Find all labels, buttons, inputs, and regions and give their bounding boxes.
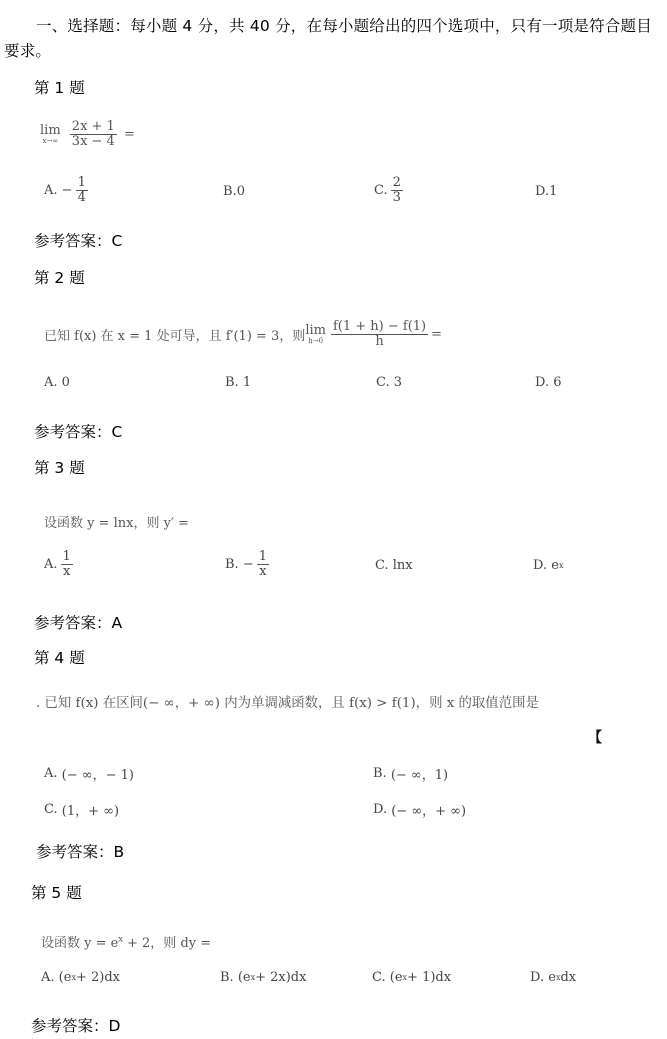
- question-4-stem: . 已知 f(x) 在区间(− ∞，+ ∞) 内为单调减函数，且 f(x) > …: [36, 692, 539, 711]
- question-5-option-d: D. exdx: [530, 970, 576, 985]
- question-5-stem: 设函数 y = ex + 2，则 dy =: [41, 932, 211, 951]
- fraction: 2x + 1 3x − 4: [70, 120, 117, 149]
- section-intro: 一、选择题：每小题 4 分，共 40 分，在每小题给出的四个选项中，只有一项是符…: [4, 14, 664, 64]
- question-4-answer: 参考答案：B: [36, 842, 124, 862]
- question-5-option-a: A. (ex + 2)dx: [41, 970, 120, 985]
- question-5-option-b: B. (ex + 2x)dx: [220, 970, 306, 985]
- question-3-option-d: D. ex: [533, 558, 563, 573]
- question-2-option-a: A. 0: [44, 375, 70, 390]
- question-4-option-a: A. (− ∞，− 1): [44, 764, 134, 783]
- question-1-option-b: B.0: [223, 184, 245, 199]
- question-1-option-a: A. − 14: [44, 176, 91, 205]
- question-1-answer: 参考答案：C: [34, 231, 122, 251]
- answer-bracket: 【: [588, 727, 602, 747]
- question-2-option-d: D. 6: [535, 375, 562, 390]
- question-5-title: 第 5 题: [31, 883, 82, 903]
- question-2-stem: 已知 f(x) 在 x = 1 处可导，且 f′(1) = 3，则 lim h→…: [44, 320, 442, 349]
- question-2-option-b: B. 1: [225, 375, 251, 390]
- question-2-title: 第 2 题: [34, 268, 85, 288]
- question-1-option-d: D.1: [535, 184, 557, 199]
- limit-operator: lim h→0: [305, 324, 326, 345]
- question-5-answer: 参考答案：D: [31, 1016, 120, 1036]
- question-3-stem: 设函数 y = lnx，则 y′ =: [44, 512, 189, 531]
- question-1-option-c: C. 23: [374, 176, 406, 205]
- question-3-option-b: B. − 1x: [225, 550, 272, 579]
- question-4-option-c: C. (1，+ ∞): [44, 800, 119, 819]
- limit-operator: lim x→∞: [40, 124, 61, 145]
- question-3-option-a: A. 1x: [44, 550, 76, 579]
- question-2-answer: 参考答案：C: [34, 422, 122, 442]
- question-1-title: 第 1 题: [34, 78, 85, 98]
- question-4-option-b: B. (− ∞，1): [373, 764, 448, 783]
- question-3-answer: 参考答案：A: [34, 613, 122, 633]
- question-1-stem: lim x→∞ 2x + 1 3x − 4 =: [40, 120, 135, 149]
- question-4-title: 第 4 题: [34, 648, 85, 668]
- question-3-option-c: C. lnx: [375, 558, 413, 573]
- question-5-option-c: C. (ex + 1)dx: [372, 970, 451, 985]
- question-2-option-c: C. 3: [376, 375, 402, 390]
- fraction: f(1 + h) − f(1) h: [331, 320, 428, 349]
- question-3-title: 第 3 题: [34, 458, 85, 478]
- question-4-option-d: D. (− ∞，+ ∞): [373, 800, 466, 819]
